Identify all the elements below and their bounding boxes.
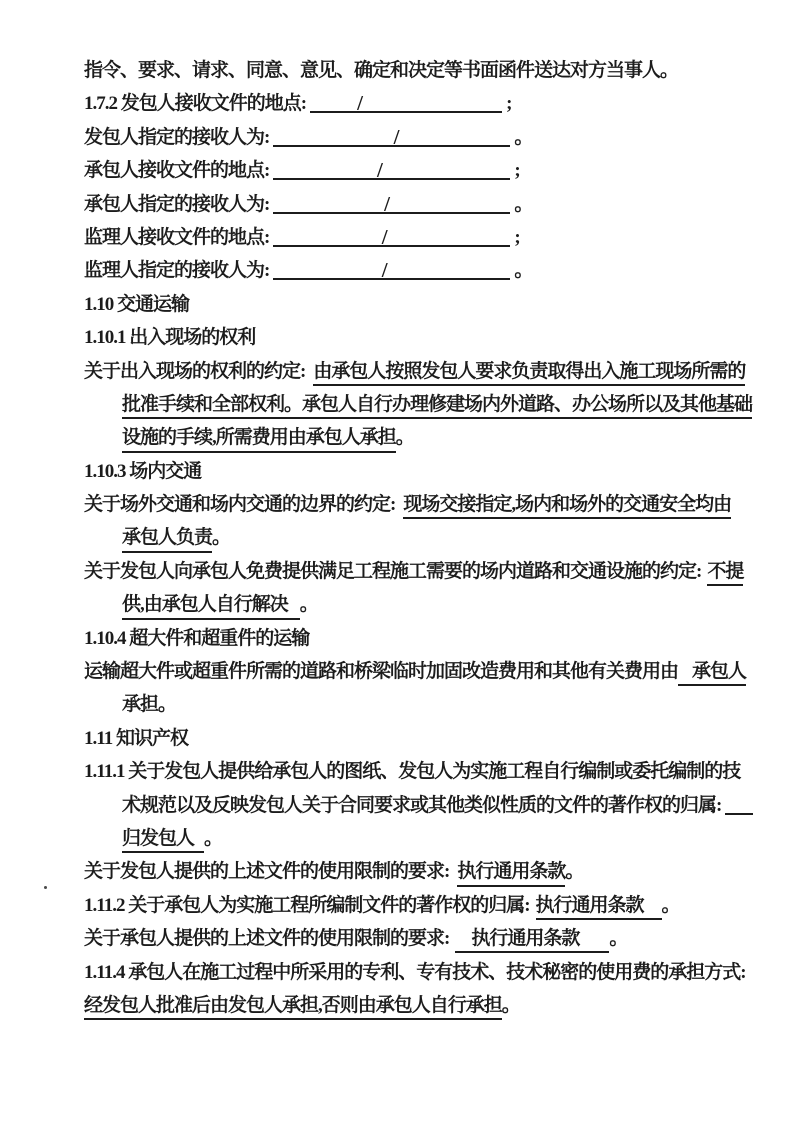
- slash-mark: /: [382, 260, 388, 281]
- clause-text: 1.11 知识产权: [84, 728, 188, 749]
- clause-contractor-receive-location: 承包人接收文件的地点:/;: [84, 154, 756, 187]
- scanned-contract-page: 指令、要求、请求、同意、意见、确定和决定等书面函件送达对方当事人。1.7.2 发…: [0, 0, 793, 1122]
- filled-value-underlined: 设施的手续,所需费用由承包人承担: [122, 426, 396, 452]
- clause-site-access-agreement-line2: 批准手续和全部权利。承包人自行办理修建场内外道路、办公场所以及其他基础: [84, 388, 756, 421]
- heading-111-intellectual-property: 1.11 知识产权: [84, 722, 756, 755]
- clause-text: 1.10 交通运输: [84, 294, 189, 315]
- clause-contractor-docs-usage-limit: 关于承包人提供的上述文件的使用限制的要求:执行通用条款。: [84, 922, 756, 955]
- clause-text: 。: [514, 194, 532, 215]
- scan-artifact-dot: [44, 886, 47, 889]
- slash-mark: /: [384, 194, 390, 215]
- clause-site-access-agreement-line3: 设施的手续,所需费用由承包人承担。: [84, 421, 756, 454]
- filled-value-underlined: 执行通用条款: [457, 860, 565, 886]
- clause-text: 。: [609, 928, 627, 949]
- clause-employer-docs-usage-limit: 关于发包人提供的上述文件的使用限制的要求:执行通用条款。: [84, 855, 756, 888]
- document-content: 指令、要求、请求、同意、意见、确定和决定等书面函件送达对方当事人。1.7.2 发…: [84, 54, 756, 1022]
- slash-mark: /: [357, 93, 363, 114]
- filled-value-underlined: 执行通用条款: [455, 927, 609, 953]
- filled-value-underlined: 由承包人按照发包人要求负责取得出入施工现场所需的: [313, 360, 745, 386]
- clause-supervisor-receive-location: 监理人接收文件的地点:/;: [84, 221, 756, 254]
- clause-text: 1.11.1 关于发包人提供给承包人的图纸、发包人为实施工程自行编制或委托编制的…: [84, 761, 740, 782]
- filled-value-underlined: 归发包人: [122, 827, 204, 853]
- blank-field: [725, 795, 753, 815]
- clause-text: 指令、要求、请求、同意、意见、确定和决定等书面函件送达对方当事人。: [84, 60, 678, 81]
- clause-text: 1.7.2 发包人接收文件的地点:: [84, 93, 306, 114]
- clause-text: 承担。: [122, 694, 176, 715]
- clause-1114-patent-fee-line1: 1.11.4 承包人在施工过程中所采用的专利、专有技术、技术秘密的使用费的承担方…: [84, 956, 756, 989]
- heading-1101-site-access-right: 1.10.1 出入现场的权利: [84, 321, 756, 354]
- filled-value-underlined: 承包人: [678, 660, 746, 686]
- clause-supervisor-designated-receiver: 监理人指定的接收人为:/。: [84, 254, 756, 287]
- clause-text: 。: [514, 260, 532, 281]
- blank-field-with-slash: /: [273, 194, 510, 214]
- clause-oversized-cost-line2: 承担。: [84, 688, 756, 721]
- filled-value-underlined: 执行通用条款: [536, 894, 662, 920]
- heading-1103-onsite-traffic: 1.10.3 场内交通: [84, 455, 756, 488]
- clause-text: 关于出入现场的权利的约定:: [84, 361, 305, 382]
- clause-text: 1.10.4 超大件和超重件的运输: [84, 628, 309, 649]
- heading-110-transportation: 1.10 交通运输: [84, 288, 756, 321]
- clause-text: 1.11.2 关于承包人为实施工程所编制文件的著作权的归属:: [84, 895, 530, 916]
- clause-text: 术规范以及反映发包人关于合同要求或其他类似性质的文件的著作权的归属:: [122, 795, 721, 816]
- clause-1112-contractor-docs-copyright: 1.11.2 关于承包人为实施工程所编制文件的著作权的归属:执行通用条款。: [84, 889, 756, 922]
- clause-1111-copyright-line1: 1.11.1 关于发包人提供给承包人的图纸、发包人为实施工程自行编制或委托编制的…: [84, 755, 756, 788]
- clause-oversized-cost-line1: 运输超大件或超重件所需的道路和桥梁临时加固改造费用和其他有关费用由承包人: [84, 655, 756, 688]
- clause-traffic-boundary-line2: 承包人负责。: [84, 521, 756, 554]
- clause-text: 监理人指定的接收人为:: [84, 260, 269, 281]
- clause-text: 承包人指定的接收人为:: [84, 194, 269, 215]
- clause-172-employer-receive-location: 1.7.2 发包人接收文件的地点:/;: [84, 87, 756, 120]
- clause-text: 1.10.3 场内交通: [84, 461, 201, 482]
- clause-text: 1.10.1 出入现场的权利: [84, 327, 255, 348]
- clause-employer-designated-receiver: 发包人指定的接收人为:/。: [84, 121, 756, 154]
- clause-text: 关于发包人向承包人免费提供满足工程施工需要的场内道路和交通设施的约定:: [84, 561, 701, 582]
- clause-site-access-agreement-line1: 关于出入现场的权利的约定:由承包人按照发包人要求负责取得出入施工现场所需的: [84, 355, 756, 388]
- clause-text: 关于发包人提供的上述文件的使用限制的要求:: [84, 861, 449, 882]
- blank-field-with-slash: /: [273, 260, 510, 280]
- filled-value-underlined: 不提: [707, 560, 743, 586]
- filled-value-underlined: 承包人负责: [122, 526, 212, 552]
- blank-field-with-slash: /: [273, 127, 510, 147]
- clause-text: 。: [502, 995, 520, 1016]
- clause-free-roads-agreement-line2: 供,由承包人自行解决。: [84, 588, 756, 621]
- clause-traffic-boundary-line1: 关于场外交通和场内交通的边界的约定:现场交接指定,场内和场外的交通安全均由: [84, 488, 756, 521]
- clause-1114-patent-fee-line2: 经发包人批准后由发包人承担,否则由承包人自行承担。: [84, 989, 756, 1022]
- clause-text: 。: [396, 427, 414, 448]
- clause-text: 承包人接收文件的地点:: [84, 160, 269, 181]
- blank-field-with-slash: /: [310, 93, 502, 113]
- clause-1111-copyright-line2: 术规范以及反映发包人关于合同要求或其他类似性质的文件的著作权的归属:: [84, 789, 756, 822]
- clause-text: 。: [204, 828, 222, 849]
- clause-text: 监理人接收文件的地点:: [84, 227, 269, 248]
- filled-value-underlined: 批准手续和全部权利。承包人自行办理修建场内外道路、办公场所以及其他基础: [122, 393, 752, 419]
- filled-value-underlined: 现场交接指定,场内和场外的交通安全均由: [403, 493, 731, 519]
- clause-notice-delivery-tail: 指令、要求、请求、同意、意见、确定和决定等书面函件送达对方当事人。: [84, 54, 756, 87]
- heading-1104-oversized-transport: 1.10.4 超大件和超重件的运输: [84, 622, 756, 655]
- clause-1111-copyright-line3: 归发包人。: [84, 822, 756, 855]
- clause-text: 关于场外交通和场内交通的边界的约定:: [84, 494, 395, 515]
- blank-field-with-slash: /: [273, 227, 510, 247]
- slash-mark: /: [394, 127, 400, 148]
- clause-text: 。: [514, 127, 532, 148]
- clause-free-roads-agreement-line1: 关于发包人向承包人免费提供满足工程施工需要的场内道路和交通设施的约定:不提: [84, 555, 756, 588]
- slash-mark: /: [377, 160, 383, 181]
- clause-text: 发包人指定的接收人为:: [84, 127, 269, 148]
- clause-text: ;: [506, 93, 511, 114]
- clause-text: ;: [514, 227, 519, 248]
- clause-text: 关于承包人提供的上述文件的使用限制的要求:: [84, 928, 449, 949]
- slash-mark: /: [382, 227, 388, 248]
- clause-text: 运输超大件或超重件所需的道路和桥梁临时加固改造费用和其他有关费用由: [84, 661, 678, 682]
- clause-text: 。: [565, 861, 583, 882]
- scan-artifact-dot: [144, 706, 147, 709]
- clause-text: ;: [514, 160, 519, 181]
- clause-text: 1.11.4 承包人在施工过程中所采用的专利、专有技术、技术秘密的使用费的承担方…: [84, 962, 746, 983]
- blank-field-with-slash: /: [273, 160, 510, 180]
- clause-text: 。: [300, 594, 318, 615]
- filled-value-underlined: 经发包人批准后由发包人承担,否则由承包人自行承担: [84, 994, 502, 1020]
- filled-value-underlined: 供,由承包人自行解决: [122, 593, 300, 619]
- clause-contractor-designated-receiver: 承包人指定的接收人为:/。: [84, 188, 756, 221]
- clause-text: 。: [662, 895, 680, 916]
- clause-text: 。: [212, 527, 230, 548]
